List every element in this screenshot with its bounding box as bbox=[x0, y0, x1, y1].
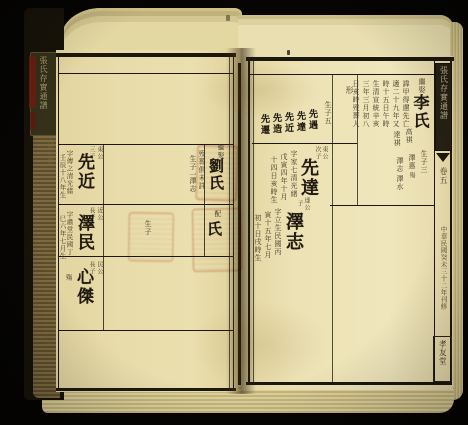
detail-column: 諱甲得邇先亡 bbox=[402, 80, 409, 128]
grandson-name: 高祺 bbox=[405, 128, 412, 144]
volume-label: 卷五 bbox=[439, 167, 447, 185]
ink-mark bbox=[287, 50, 290, 55]
margin-title-box: 張氏存實通譜 bbox=[435, 63, 452, 151]
entry-header: 子 bbox=[296, 200, 302, 207]
spine-red-label-lower bbox=[30, 112, 36, 130]
row-divider bbox=[252, 143, 357, 144]
paper-stain bbox=[190, 300, 330, 390]
detail-column: 時十五日午時 bbox=[382, 80, 389, 128]
entry-header: 達公 bbox=[303, 197, 309, 211]
frame-line bbox=[246, 382, 452, 385]
entry-header: 民公 bbox=[96, 261, 102, 275]
son-name: 澤水 bbox=[396, 175, 403, 191]
page-number: 三 bbox=[45, 336, 53, 345]
hall-name-text: 孝友堂 bbox=[439, 337, 447, 366]
note-died-young: 殤 bbox=[408, 172, 414, 179]
column-line bbox=[332, 74, 333, 383]
note-died-young: 殤 bbox=[65, 274, 72, 282]
son-name: 先遷 bbox=[259, 114, 268, 136]
row-divider bbox=[330, 205, 434, 206]
entry-header: 東公 bbox=[96, 146, 102, 160]
detail-column: 生清宣統辛亥 bbox=[372, 80, 379, 128]
son-name: 先遇 bbox=[307, 109, 316, 131]
detail-column: 字立生民國丙 bbox=[274, 208, 281, 256]
detail-column: 三年三月初八 bbox=[362, 80, 369, 128]
detail-column: 初十日戌時生 bbox=[254, 214, 261, 262]
detail-column: 十四日亥時生 bbox=[270, 156, 277, 204]
person-name: 心傑 bbox=[74, 268, 91, 306]
spouse-label: 繼娶 bbox=[418, 78, 425, 94]
son-name: 先達 bbox=[295, 111, 304, 133]
son-name: 先近 bbox=[283, 112, 292, 134]
fishtail-marker bbox=[436, 153, 450, 162]
spouse-label: 繼娶 bbox=[217, 144, 224, 159]
sons-count: 生子五 bbox=[324, 101, 331, 125]
row-divider bbox=[58, 204, 234, 205]
person-name: 先近 bbox=[75, 153, 92, 191]
son-name: 澤志 bbox=[189, 177, 196, 193]
spine-red-label bbox=[29, 56, 36, 108]
sons-count: 生子三 bbox=[420, 150, 427, 174]
spouse-name: 氏 bbox=[206, 221, 221, 238]
sons-count: 生子一 bbox=[189, 155, 196, 179]
person-name: 澤民 bbox=[75, 214, 92, 252]
entry-header: 東公 bbox=[321, 146, 327, 160]
detail-column: 巳六年七月生 bbox=[59, 215, 66, 260]
person-name: 先達 bbox=[299, 158, 317, 198]
spouse-label: 配 bbox=[214, 210, 221, 218]
detail-column: 字傳之清光緒 bbox=[66, 150, 73, 195]
son-name: 澤惠 bbox=[408, 154, 415, 170]
burial-char: 形 bbox=[345, 86, 353, 95]
detail-column: 適二十九年又 bbox=[392, 80, 399, 128]
detail-column: 字家七清光緒 bbox=[290, 150, 297, 198]
detail-column: 歿葬俱未詳 bbox=[198, 150, 205, 190]
son-name: 澤志 bbox=[396, 157, 403, 173]
detail-column: 字肅堂民國丁 bbox=[66, 211, 73, 256]
detail-column: 戊寅四年十月 bbox=[280, 153, 287, 201]
detail-column: 壬辰十八年生 bbox=[59, 154, 66, 199]
spine-title-text: 張氏存實通譜 bbox=[39, 53, 47, 110]
entry-header: 近公 bbox=[96, 207, 102, 221]
frame-line bbox=[58, 73, 234, 74]
hall-name-box: 孝友堂 bbox=[433, 336, 452, 382]
son-name: 先造 bbox=[271, 113, 280, 135]
spouse-name: 劉氏 bbox=[208, 158, 223, 192]
frame-line bbox=[56, 53, 236, 57]
frame-line bbox=[250, 74, 434, 75]
imprint-line: 中華民國癸未三十二年刊修 bbox=[440, 226, 447, 310]
row-divider bbox=[58, 330, 234, 331]
frame-line bbox=[246, 57, 454, 61]
frame-line bbox=[56, 388, 236, 391]
sons-count: 生子 bbox=[144, 220, 151, 236]
genealogy-book-photo: 張氏存實通譜 張氏存實通譜 卷五 中華民國癸未三十二年刊修 孝友堂 大黃公房 三 bbox=[0, 0, 468, 425]
grandson-name: 達祺 bbox=[393, 131, 400, 147]
column-line bbox=[103, 144, 104, 330]
branch-label: 大黃公房 bbox=[46, 138, 52, 164]
ink-mark bbox=[226, 15, 230, 21]
margin-title-text: 張氏存實通譜 bbox=[440, 64, 448, 120]
person-name: 澤志 bbox=[284, 212, 302, 252]
detail-column: 寅十五年七月 bbox=[264, 211, 271, 259]
spouse-name: 李氏 bbox=[412, 94, 428, 130]
